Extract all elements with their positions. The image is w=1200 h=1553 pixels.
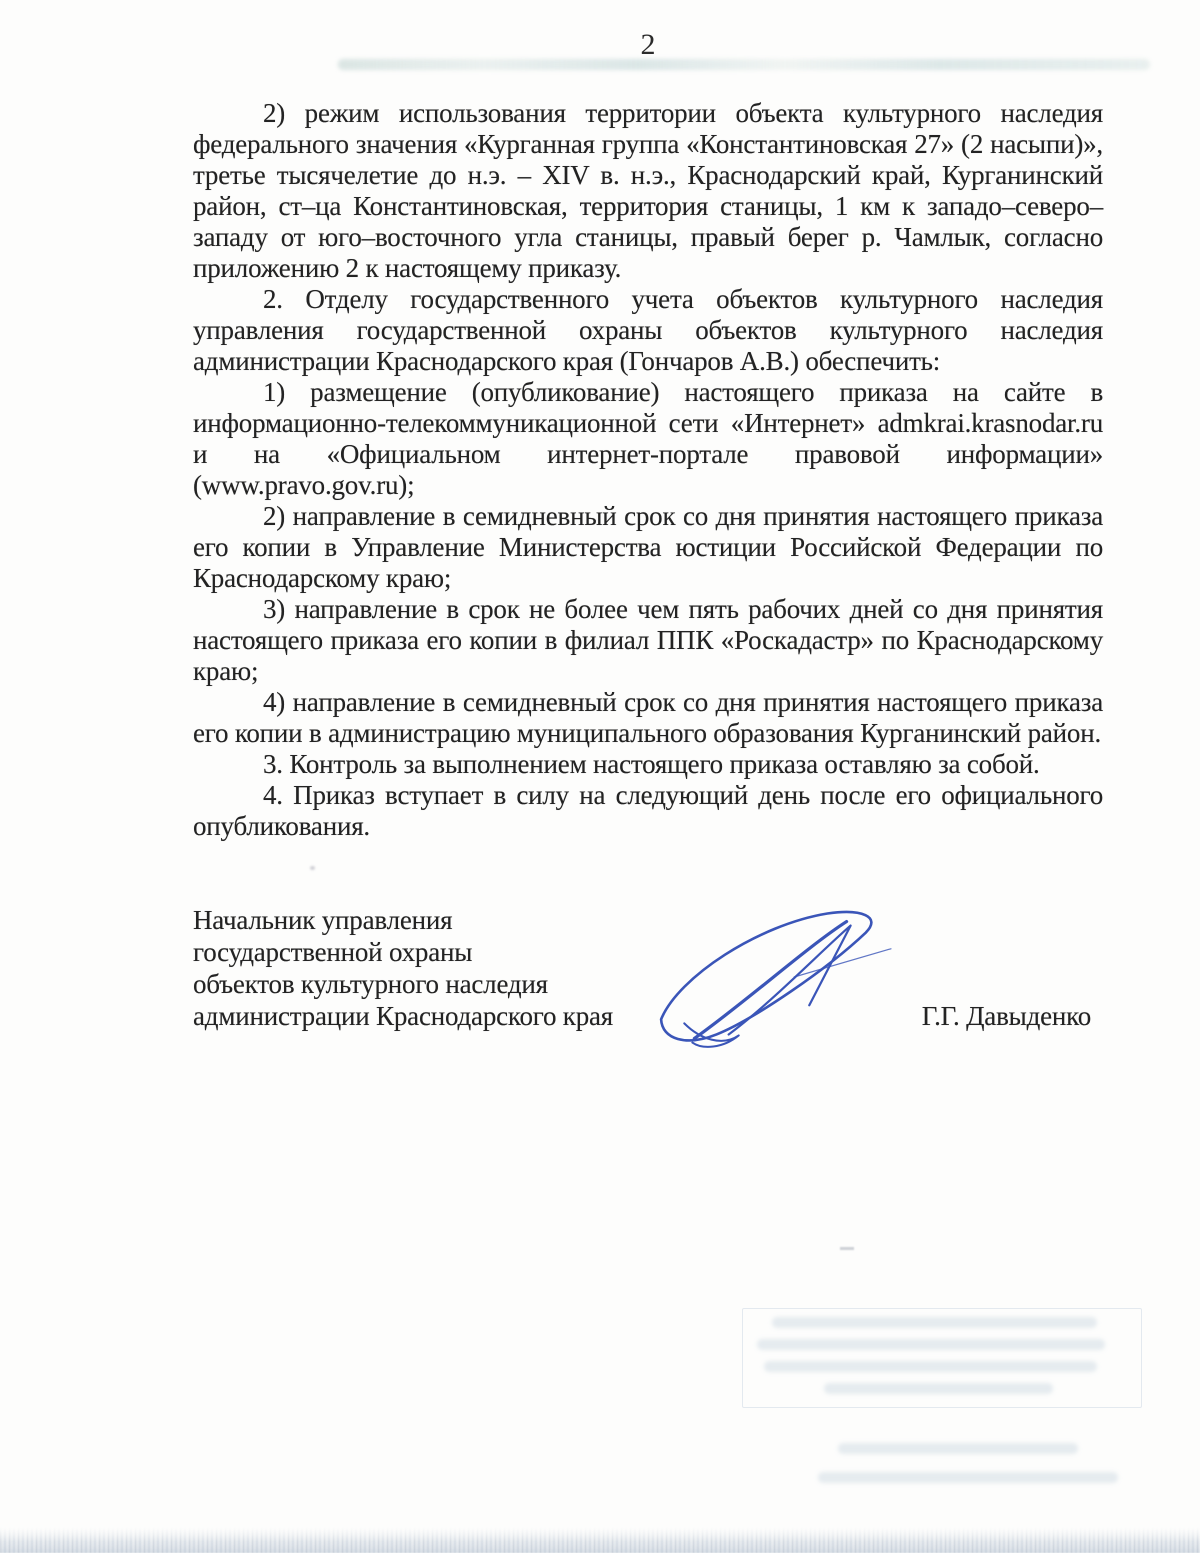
signatory-position-line: объектов культурного наследия (193, 968, 613, 1000)
signature-ink (648, 906, 900, 1048)
bleed-through-lines-artifact (818, 1443, 1118, 1501)
paragraph-entry-into-force: 4. Приказ вступает в силу на следующий д… (193, 780, 1103, 842)
signature-block: Начальник управления государственной охр… (193, 904, 1103, 1032)
paragraph-publication: 1) размещение (опубликование) настоящего… (193, 377, 1103, 501)
bleed-through-line (757, 1339, 1105, 1350)
scan-speck-artifact (310, 866, 315, 870)
paragraph-justice-ministry: 2) направление в семидневный срок со дня… (193, 501, 1103, 594)
bleed-through-line (764, 1361, 1097, 1372)
paragraph-control: 3. Контроль за выполнением настоящего пр… (193, 749, 1103, 780)
scan-dash-artifact (840, 1247, 854, 1250)
signatory-position-line: государственной охраны (193, 936, 613, 968)
page-number: 2 (193, 28, 1103, 62)
bleed-through-line (838, 1443, 1078, 1454)
signatory-name: Г.Г. Давыденко (922, 1001, 1103, 1032)
document-page: 2 2) режим использования территории объе… (0, 0, 1200, 1553)
bleed-through-box-artifact (742, 1308, 1142, 1408)
signatory-position: Начальник управления государственной охр… (193, 904, 613, 1032)
scan-edge-artifact (0, 1527, 1200, 1553)
paragraph-department-duty: 2. Отделу государственного учета объекто… (193, 284, 1103, 377)
paragraph-territory-regime: 2) режим использования территории объект… (193, 98, 1103, 284)
bleed-through-line (818, 1472, 1118, 1483)
signatory-position-line: администрации Краснодарского края (193, 1000, 613, 1032)
bleed-through-line (824, 1383, 1053, 1394)
bleed-through-line (772, 1317, 1098, 1328)
signatory-position-line: Начальник управления (193, 904, 613, 936)
scan-streak-artifact (338, 59, 1150, 70)
paragraph-municipality: 4) направление в семидневный срок со дня… (193, 687, 1103, 749)
document-body: 2) режим использования территории объект… (193, 98, 1103, 1032)
paragraph-roskadastr: 3) направление в срок не более чем пять … (193, 594, 1103, 687)
